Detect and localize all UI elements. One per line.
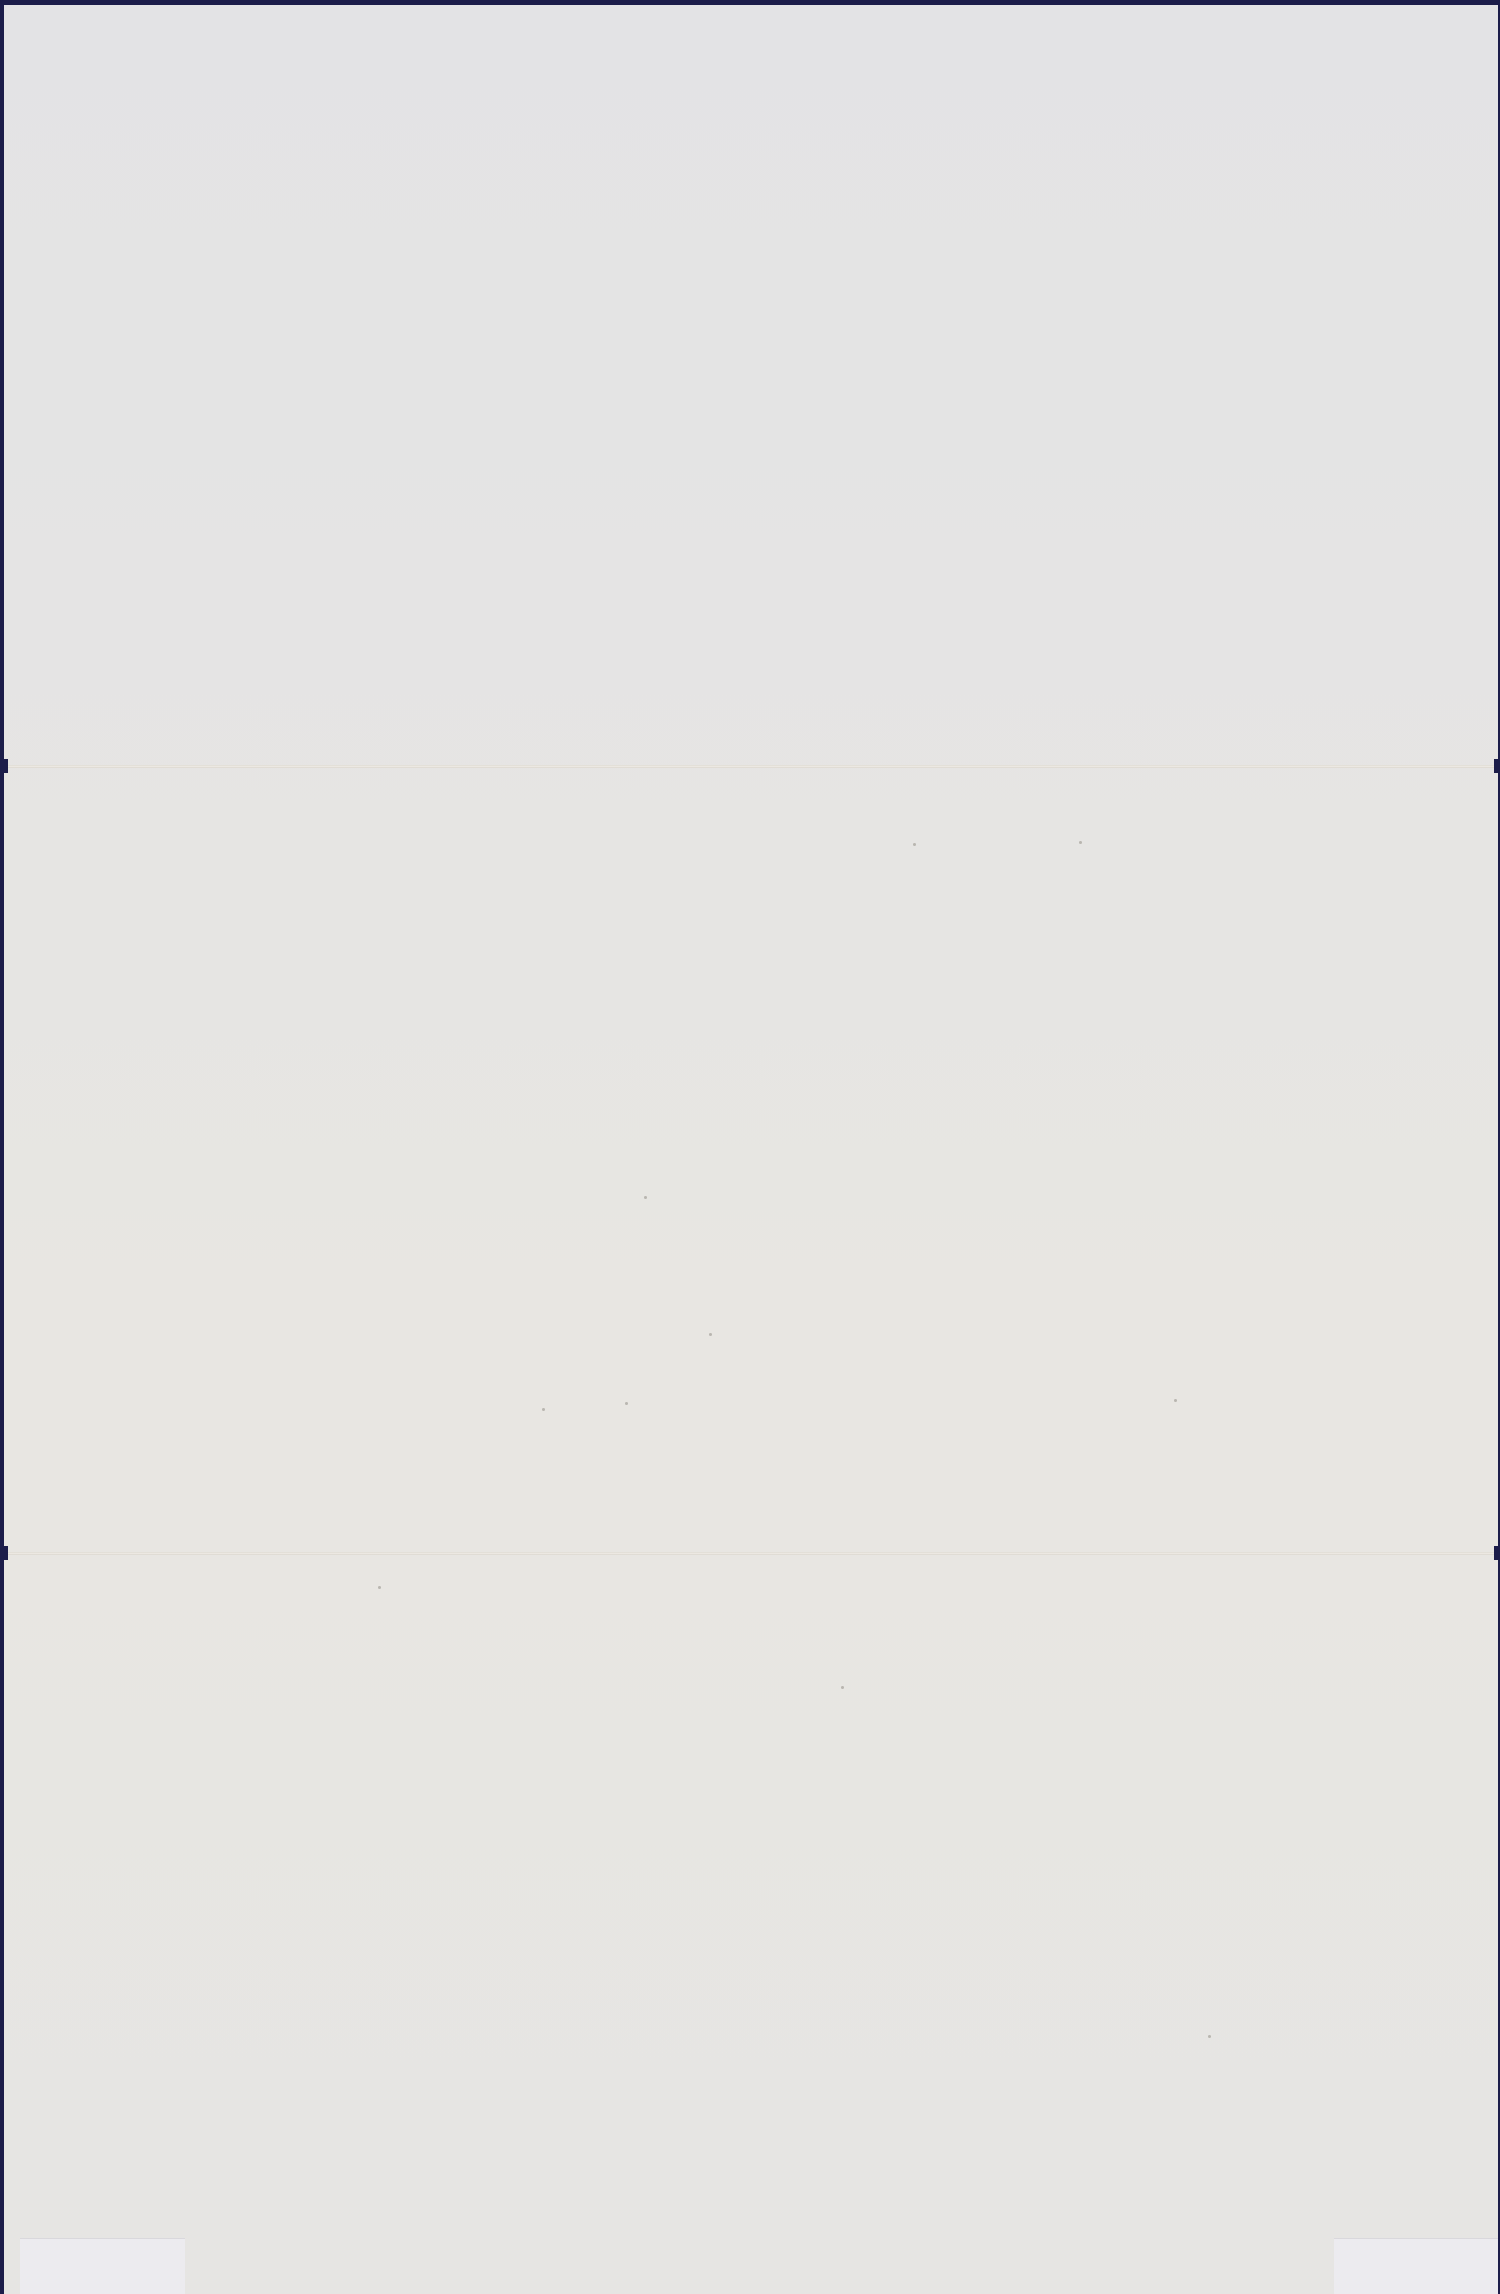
paper-speck xyxy=(1174,1399,1177,1402)
corner-tab-left xyxy=(20,2238,185,2294)
paper-sheet xyxy=(4,5,1498,2294)
bottom-panel xyxy=(4,1555,1498,2294)
top-panel xyxy=(4,5,1498,765)
paper-speck xyxy=(1079,841,1082,844)
paper-speck xyxy=(542,1408,545,1411)
corner-tab-right xyxy=(1334,2238,1498,2294)
paper-speck xyxy=(378,1586,381,1589)
paper-speck xyxy=(841,1686,844,1689)
paper-speck xyxy=(625,1402,628,1405)
paper-speck xyxy=(913,843,916,846)
paper-speck xyxy=(644,1196,647,1199)
middle-panel xyxy=(4,768,1498,1552)
paper-speck xyxy=(709,1333,712,1336)
paper-speck xyxy=(1208,2035,1211,2038)
